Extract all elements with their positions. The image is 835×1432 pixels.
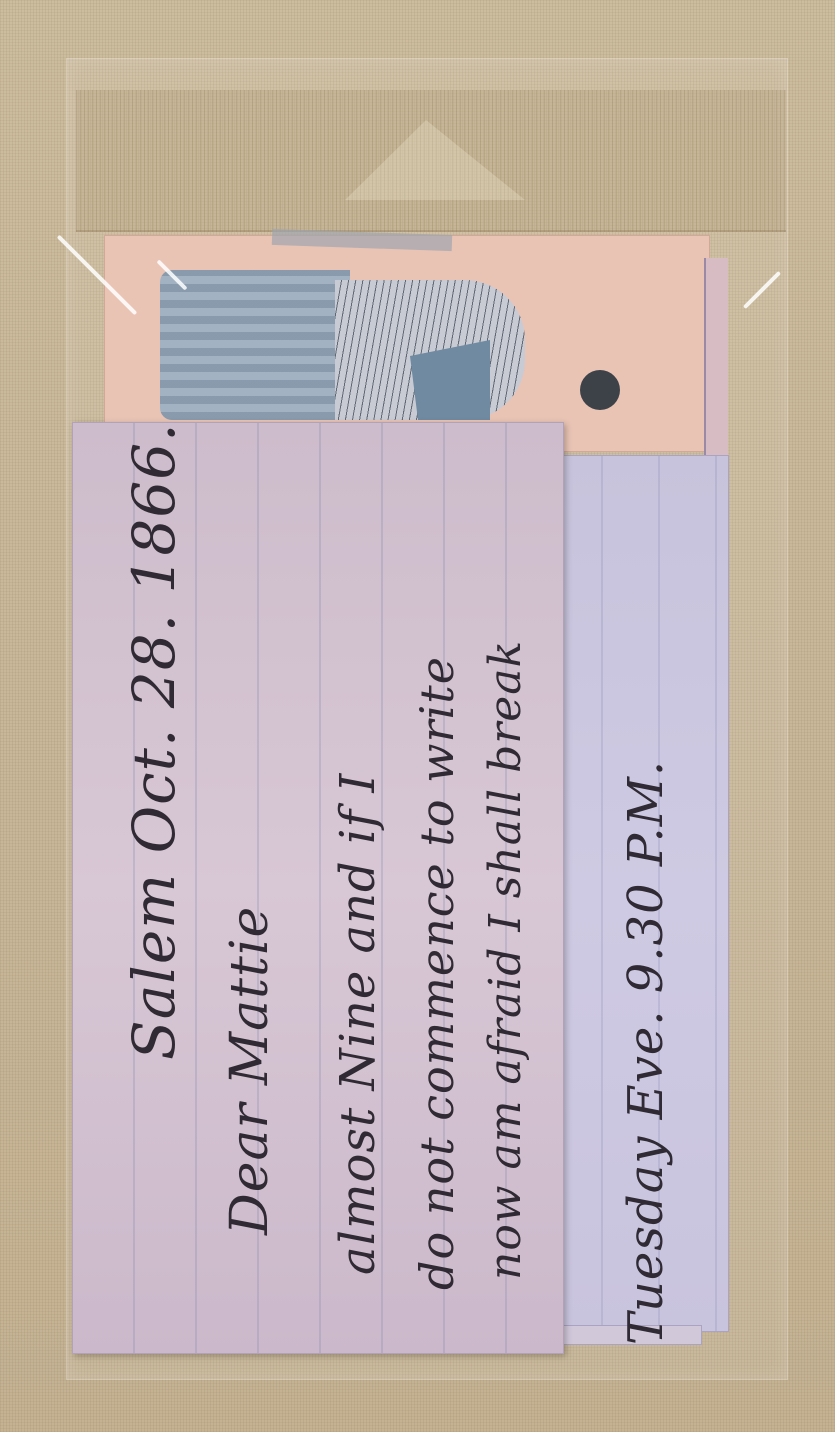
letter-front-dateline: Salem Oct. 28. 1866.: [120, 422, 188, 1060]
fashion-illustration: [160, 270, 580, 440]
letter-back-line: Tuesday Eve. 9.30 P.M.: [618, 760, 674, 1345]
figure-head: [580, 370, 620, 410]
letter-front-line: now am afraid I shall break: [480, 640, 531, 1280]
letter-front-salutation: Dear Mattie: [220, 906, 280, 1235]
letter-front-line: almost Nine and if I: [330, 773, 386, 1275]
dress-skirt: [160, 270, 350, 420]
paper-edge: [704, 258, 728, 468]
letter-front-line: do not commence to write: [410, 656, 464, 1290]
